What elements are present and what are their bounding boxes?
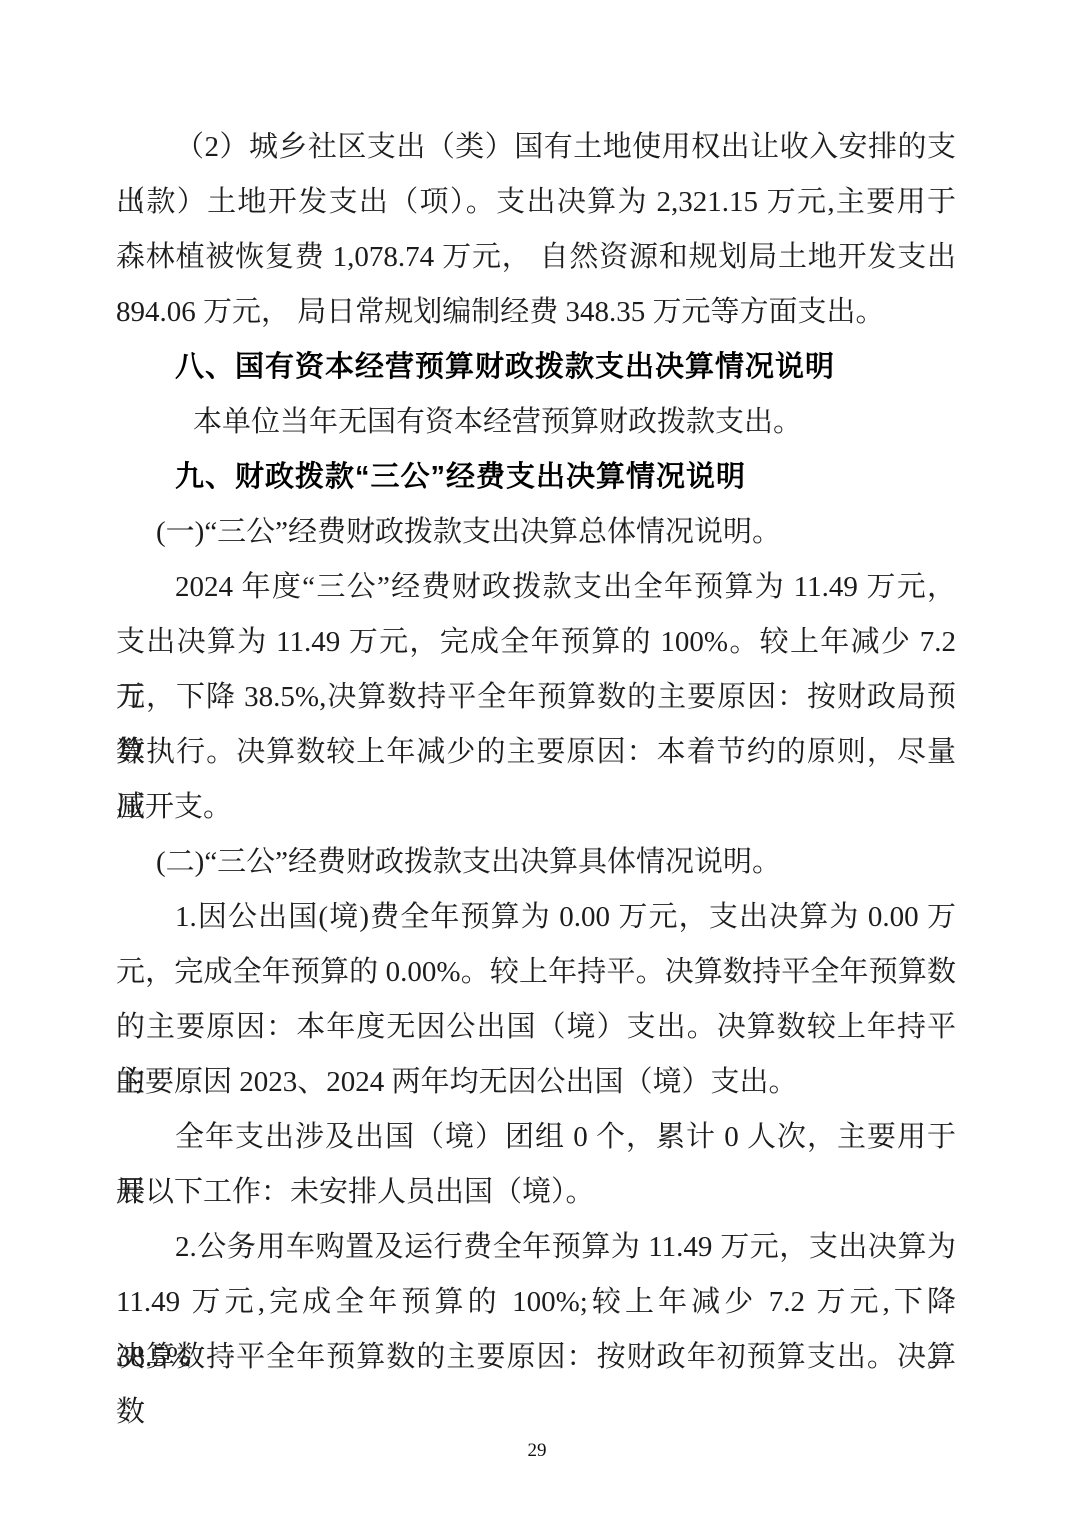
paragraph-line: 2024 年度“三公”经费财政拨款支出全年预算为 11.49 万元， (116, 560, 956, 615)
document-body: （2）城乡社区支出（类）国有土地使用权出让收入安排的支出 （款）土地开发支出（项… (116, 120, 956, 1385)
paragraph-line: 森林植被恢复费 1,078.74 万元， 自然资源和规划局土地开发支出 (116, 230, 956, 285)
paragraph-line: 本单位当年无国有资本经营预算财政拨款支出。 (116, 395, 956, 450)
paragraph-line: （款）土地开发支出（项）。支出决算为 2,321.15 万元,主要用于 (116, 175, 956, 230)
paragraph-line: 全年支出涉及出国（境）团组 0 个，累计 0 人次，主要用于开 (116, 1110, 956, 1165)
paragraph-line: 数执行。决算数较上年减少的主要原因：本着节约的原则，尽量压 (116, 725, 956, 780)
section-heading-8: 八、国有资本经营预算财政拨款支出决算情况说明 (116, 340, 956, 395)
paragraph-line: 支出决算为 11.49 万元，完成全年预算的 100%。较上年减少 7.2 万 (116, 615, 956, 670)
subsection-heading: (一)“三公”经费财政拨款支出决算总体情况说明。 (116, 505, 956, 560)
paragraph-line: 决算数持平全年预算数的主要原因：按财政年初预算支出。决算数 (116, 1330, 956, 1385)
paragraph-line: 减开支。 (116, 780, 956, 835)
paragraph-line: 的主要原因：本年度无因公出国（境）支出。决算数较上年持平的 (116, 1000, 956, 1055)
paragraph-line: 元，完成全年预算的 0.00%。较上年持平。决算数持平全年预算数 (116, 945, 956, 1000)
paragraph-line: 2.公务用车购置及运行费全年预算为 11.49 万元，支出决算为 (116, 1220, 956, 1275)
paragraph-line: （2）城乡社区支出（类）国有土地使用权出让收入安排的支出 (116, 120, 956, 175)
paragraph-line: 主要原因 2023、2024 两年均无因公出国（境）支出。 (116, 1055, 956, 1110)
section-heading-9: 九、财政拨款“三公”经费支出决算情况说明 (116, 450, 956, 505)
paragraph-line: 1.因公出国(境)费全年预算为 0.00 万元，支出决算为 0.00 万 (116, 890, 956, 945)
paragraph-line: 元，下降 38.5%,决算数持平全年预算数的主要原因：按财政局预算 (116, 670, 956, 725)
subsection-heading: (二)“三公”经费财政拨款支出决算具体情况说明。 (116, 835, 956, 890)
page-number: 29 (0, 1440, 1074, 1462)
document-page: （2）城乡社区支出（类）国有土地使用权出让收入安排的支出 （款）土地开发支出（项… (0, 0, 1074, 1520)
paragraph-line: 展以下工作：未安排人员出国（境）。 (116, 1165, 956, 1220)
paragraph-line: 11.49 万元,完成全年预算的 100%;较上年减少 7.2 万元,下降 38… (116, 1275, 956, 1330)
paragraph-line: 894.06 万元， 局日常规划编制经费 348.35 万元等方面支出。 (116, 285, 956, 340)
